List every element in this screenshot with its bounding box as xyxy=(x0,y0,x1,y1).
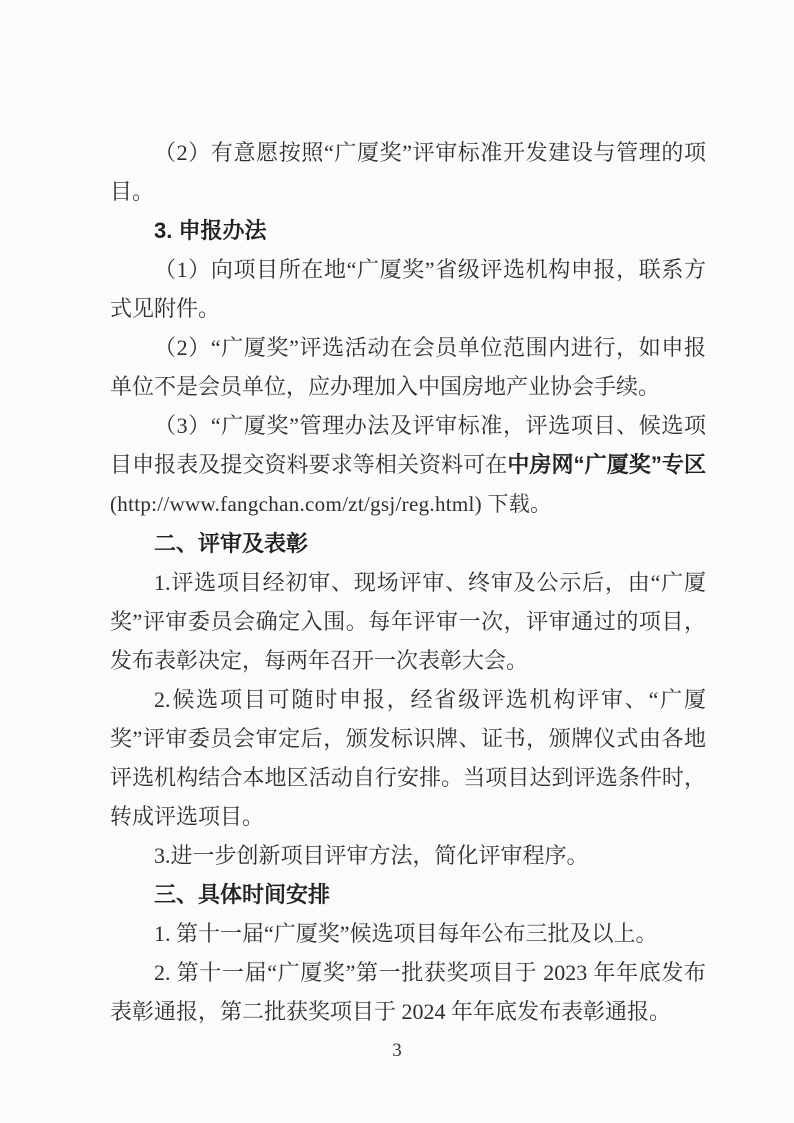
document-page: （2）有意愿按照“广厦奖”评审标准开发建设与管理的项目。 3. 申报办法 （1）… xyxy=(0,0,794,1123)
page-number: 3 xyxy=(0,1040,794,1062)
paragraph-application-3: （3）“广厦奖”管理办法及评审标准，评选项目、候选项目申报表及提交资料要求等相关… xyxy=(110,406,706,524)
paragraph-schedule-1: 1. 第十一届“广厦奖”候选项目每年公布三批及以上。 xyxy=(110,914,706,953)
bold-emphasis-zhongfang-site: 中房网“广厦奖”专区 xyxy=(507,452,706,477)
paragraph-review-2: 2.候选项目可随时申报，经省级评选机构评审、“广厦奖”评审委员会审定后，颁发标识… xyxy=(110,680,706,836)
document-url: (http://www.fangchan.com/zt/gsj/reg.html… xyxy=(110,492,551,516)
paragraph-application-2: （2）“广厦奖”评选活动在会员单位范围内进行，如申报单位不是会员单位，应办理加入… xyxy=(110,328,706,406)
paragraph-eligibility-2: （2）有意愿按照“广厦奖”评审标准开发建设与管理的项目。 xyxy=(110,133,706,211)
section-heading-application-method: 3. 申报办法 xyxy=(110,211,706,250)
paragraph-schedule-2: 2. 第十一届“广厦奖”第一批获奖项目于 2023 年年底发布表彰通报，第二批获… xyxy=(110,953,706,1031)
paragraph-review-3: 3.进一步创新项目评审方法，简化评审程序。 xyxy=(110,836,706,875)
document-body: （2）有意愿按照“广厦奖”评审标准开发建设与管理的项目。 3. 申报办法 （1）… xyxy=(110,133,706,1031)
section-heading-schedule: 三、具体时间安排 xyxy=(110,875,706,914)
section-heading-review-commendation: 二、评审及表彰 xyxy=(110,524,706,563)
paragraph-review-1: 1.评选项目经初审、现场评审、终审及公示后，由“广厦奖”评审委员会确定入围。每年… xyxy=(110,563,706,680)
paragraph-application-1: （1）向项目所在地“广厦奖”省级评选机构申报，联系方式见附件。 xyxy=(110,250,706,328)
